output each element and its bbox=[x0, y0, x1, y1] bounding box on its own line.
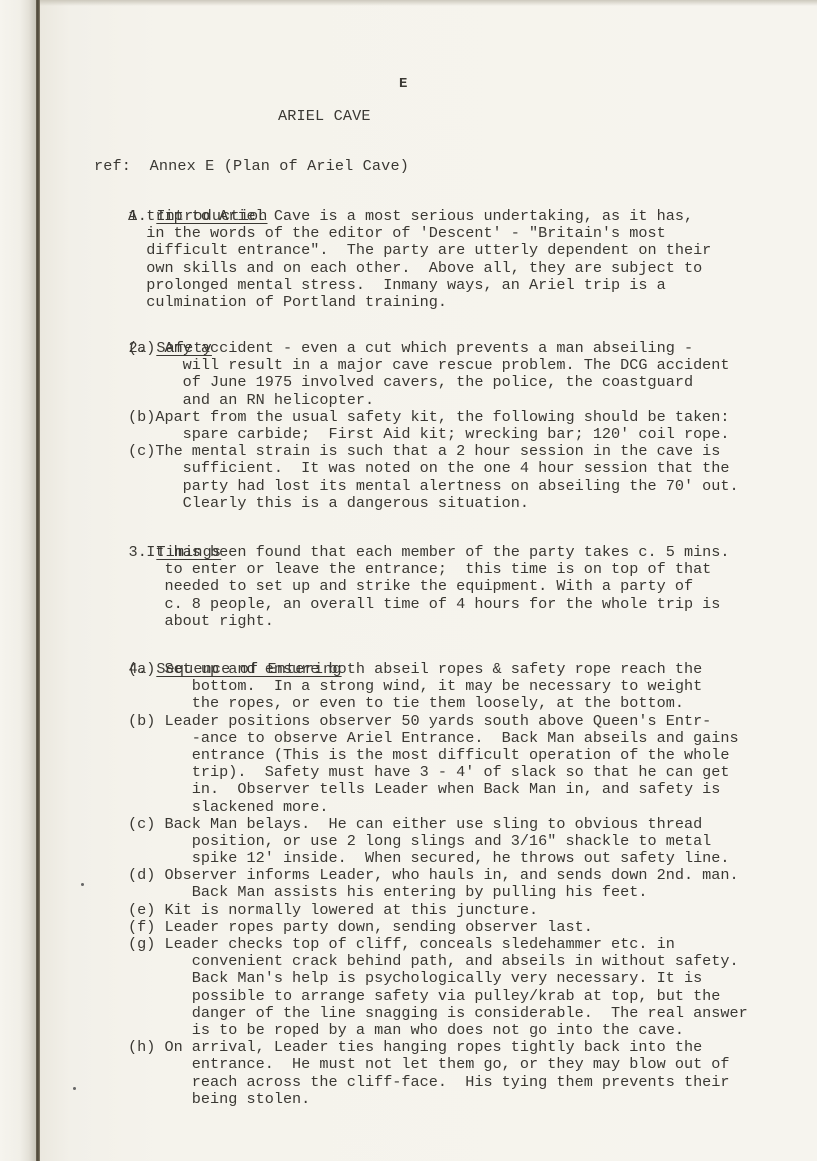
item-label: (g) bbox=[128, 935, 155, 953]
text-line: (h) On arrival, Leader ties hanging rope… bbox=[128, 1039, 748, 1056]
section-4-body: (a) Set up and ensure both abseil ropes … bbox=[128, 661, 748, 1108]
item-label: (a) bbox=[128, 339, 155, 357]
section-3-body: It has been found that each member of th… bbox=[128, 544, 730, 630]
text-line: prolonged mental stress. Inmany ways, an… bbox=[128, 277, 711, 294]
reference-line: ref: Annex E (Plan of Ariel Cave) bbox=[94, 158, 409, 175]
section-2-body: (a) Any accident - even a cut which prev… bbox=[128, 340, 739, 512]
text-line: (f) Leader ropes party down, sending obs… bbox=[128, 919, 748, 936]
section-1-body: A trip to Ariel Cave is a most serious u… bbox=[128, 208, 711, 311]
text-line: (e) Kit is normally lowered at this junc… bbox=[128, 902, 748, 919]
text-line: entrance (This is the most difficult ope… bbox=[128, 747, 748, 764]
item-text: Leader ropes party down, sending observe… bbox=[155, 918, 592, 936]
page-title: ARIEL CAVE bbox=[278, 108, 371, 125]
text-line: party had lost its mental alertness on a… bbox=[128, 478, 739, 495]
text-line: A trip to Ariel Cave is a most serious u… bbox=[128, 208, 711, 225]
text-line: being stolen. bbox=[128, 1091, 748, 1108]
text-line: culmination of Portland training. bbox=[128, 294, 711, 311]
list-item: (d) Observer informs Leader, who hauls i… bbox=[128, 867, 748, 901]
text-line: convenient crack behind path, and abseil… bbox=[128, 953, 748, 970]
list-item: (c) Back Man belays. He can either use s… bbox=[128, 816, 748, 868]
text-line: needed to set up and strike the equipmen… bbox=[128, 578, 730, 595]
list-item: (b)Apart from the usual safety kit, the … bbox=[128, 409, 739, 443]
text-line: about right. bbox=[128, 613, 730, 630]
text-line: entrance. He must not let them go, or th… bbox=[128, 1056, 748, 1073]
item-label: (a) bbox=[128, 660, 155, 678]
list-item: (b) Leader positions observer 50 yards s… bbox=[128, 713, 748, 816]
text-line: to enter or leave the entrance; this tim… bbox=[128, 561, 730, 578]
item-text: Leader checks top of cliff, conceals sle… bbox=[155, 935, 675, 953]
text-line: of June 1975 involved cavers, the police… bbox=[128, 374, 739, 391]
item-label: (e) bbox=[128, 901, 155, 919]
list-item: (e) Kit is normally lowered at this junc… bbox=[128, 902, 748, 919]
text-line: Back Man assists his entering by pulling… bbox=[128, 884, 748, 901]
item-label: (c) bbox=[128, 815, 155, 833]
annex-letter: E bbox=[399, 76, 408, 93]
item-label: (d) bbox=[128, 866, 155, 884]
text-line: sufficient. It was noted on the one 4 ho… bbox=[128, 460, 739, 477]
item-text: The mental strain is such that a 2 hour … bbox=[155, 442, 720, 460]
item-label: (b) bbox=[128, 712, 155, 730]
text-line: Back Man's help is psychologically very … bbox=[128, 970, 748, 987]
text-line: (d) Observer informs Leader, who hauls i… bbox=[128, 867, 748, 884]
text-line: -ance to observe Ariel Entrance. Back Ma… bbox=[128, 730, 748, 747]
text-line: It has been found that each member of th… bbox=[128, 544, 730, 561]
text-line: (c)The mental strain is such that a 2 ho… bbox=[128, 443, 739, 460]
text-line: own skills and on each other. Above all,… bbox=[128, 260, 711, 277]
item-label: (c) bbox=[128, 442, 155, 460]
text-line: possible to arrange safety via pulley/kr… bbox=[128, 988, 748, 1005]
item-text: Back Man belays. He can either use sling… bbox=[155, 815, 702, 833]
text-line: bottom. In a strong wind, it may be nece… bbox=[128, 678, 748, 695]
text-line: in the words of the editor of 'Descent' … bbox=[128, 225, 711, 242]
list-item: (a) Any accident - even a cut which prev… bbox=[128, 340, 739, 409]
text-line: will result in a major cave rescue probl… bbox=[128, 357, 739, 374]
ink-speck bbox=[73, 1087, 76, 1090]
text-line: difficult entrance". The party are utter… bbox=[128, 242, 711, 259]
text-line: trip). Safety must have 3 - 4' of slack … bbox=[128, 764, 748, 781]
item-text: Set up and ensure both abseil ropes & sa… bbox=[155, 660, 702, 678]
item-text: On arrival, Leader ties hanging ropes ti… bbox=[155, 1038, 702, 1056]
list-item: (f) Leader ropes party down, sending obs… bbox=[128, 919, 748, 936]
item-label: (h) bbox=[128, 1038, 155, 1056]
text-line: slackened more. bbox=[128, 799, 748, 816]
text-line: (c) Back Man belays. He can either use s… bbox=[128, 816, 748, 833]
facing-page-edge bbox=[0, 0, 36, 1161]
text-line: (b) Leader positions observer 50 yards s… bbox=[128, 713, 748, 730]
item-label: (b) bbox=[128, 408, 155, 426]
item-label: (f) bbox=[128, 918, 155, 936]
list-item: (c)The mental strain is such that a 2 ho… bbox=[128, 443, 739, 512]
text-line: spare carbide; First Aid kit; wrecking b… bbox=[128, 426, 739, 443]
page-top-shadow bbox=[40, 0, 817, 6]
item-text: Observer informs Leader, who hauls in, a… bbox=[155, 866, 738, 884]
text-line: in. Observer tells Leader when Back Man … bbox=[128, 781, 748, 798]
text-line: reach across the cliff-face. His tying t… bbox=[128, 1074, 748, 1091]
text-line: and an RN helicopter. bbox=[128, 392, 739, 409]
list-item: (g) Leader checks top of cliff, conceals… bbox=[128, 936, 748, 1039]
text-line: (a) Set up and ensure both abseil ropes … bbox=[128, 661, 748, 678]
text-line: (g) Leader checks top of cliff, conceals… bbox=[128, 936, 748, 953]
text-line: the ropes, or even to tie them loosely, … bbox=[128, 695, 748, 712]
ink-speck bbox=[81, 883, 84, 886]
item-text: Any accident - even a cut which prevents… bbox=[155, 339, 693, 357]
text-line: position, or use 2 long slings and 3/16"… bbox=[128, 833, 748, 850]
list-item: (h) On arrival, Leader ties hanging rope… bbox=[128, 1039, 748, 1108]
text-line: Clearly this is a dangerous situation. bbox=[128, 495, 739, 512]
text-line: c. 8 people, an overall time of 4 hours … bbox=[128, 596, 730, 613]
text-line: (a) Any accident - even a cut which prev… bbox=[128, 340, 739, 357]
text-line: (b)Apart from the usual safety kit, the … bbox=[128, 409, 739, 426]
item-text: Leader positions observer 50 yards south… bbox=[155, 712, 711, 730]
text-line: danger of the line snagging is considera… bbox=[128, 1005, 748, 1022]
list-item: (a) Set up and ensure both abseil ropes … bbox=[128, 661, 748, 713]
item-text: Apart from the usual safety kit, the fol… bbox=[155, 408, 729, 426]
text-line: is to be roped by a man who does not go … bbox=[128, 1022, 748, 1039]
item-text: Kit is normally lowered at this juncture… bbox=[155, 901, 538, 919]
text-line: spike 12' inside. When secured, he throw… bbox=[128, 850, 748, 867]
